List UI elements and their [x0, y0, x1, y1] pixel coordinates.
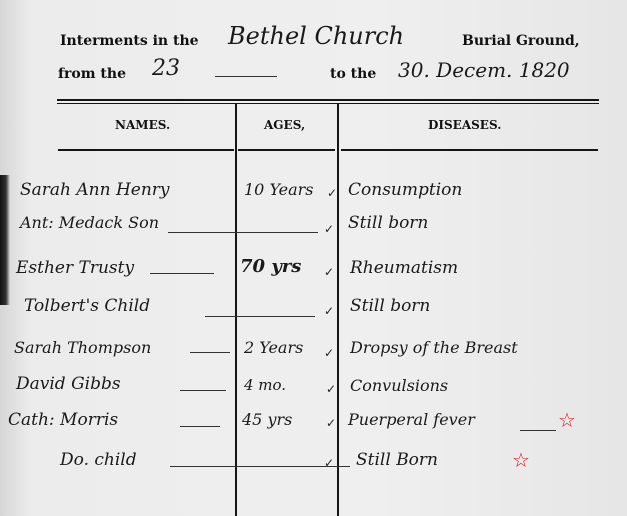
row-fill-line: [205, 316, 315, 317]
church-name: Bethel Church: [228, 22, 404, 50]
row-disease: Convulsions: [350, 376, 448, 395]
to-date: 30. Decem. 1820: [398, 58, 570, 82]
row-name: Do. child: [60, 450, 137, 470]
header-divider-ages: [238, 149, 335, 151]
row-fill-line: [150, 273, 214, 274]
row-disease: Still Born: [356, 450, 438, 470]
header-suffix: Burial Ground,: [462, 33, 580, 49]
check-mark-icon: ✓: [324, 304, 334, 318]
row-name: Sarah Ann Henry: [20, 180, 170, 200]
to-label: to the: [330, 66, 376, 82]
top-rule: [57, 99, 599, 101]
column-separator-1: [235, 104, 237, 516]
row-fill-line: [190, 352, 230, 353]
check-mark-icon: ✓: [327, 186, 337, 200]
row-fill-line: [170, 466, 350, 467]
check-mark-icon: ✓: [324, 346, 334, 360]
col-header-names: NAMES.: [115, 118, 170, 132]
row-disease: Puerperal fever: [348, 410, 475, 429]
page-binding-edge: [0, 175, 10, 305]
row-fill-line: [180, 426, 220, 427]
col-header-ages: AGES,: [264, 118, 305, 132]
row-name: Ant: Medack Son: [20, 213, 159, 232]
header-divider-names: [58, 149, 234, 151]
row-disease: Rheumatism: [350, 258, 458, 278]
row-name: Cath: Morris: [8, 410, 118, 430]
row-disease: Still born: [348, 213, 428, 233]
row-age: 4 mo.: [244, 376, 286, 394]
check-mark-icon: ✓: [326, 416, 336, 430]
row-age: 2 Years: [244, 338, 303, 357]
header-divider-diseases: [341, 149, 598, 151]
row-name: Tolbert's Child: [24, 296, 150, 316]
row-fill-line: [520, 430, 556, 431]
column-separator-2: [337, 104, 339, 516]
row-age: 45 yrs: [242, 410, 292, 429]
register-page: Interments in the Bethel Church Burial G…: [0, 0, 627, 516]
row-fill-line: [168, 232, 318, 233]
row-age: 10 Years: [244, 180, 313, 199]
star-icon: ☆: [512, 450, 530, 470]
check-mark-icon: ✓: [324, 265, 334, 279]
row-name: David Gibbs: [16, 374, 121, 394]
check-mark-icon: ✓: [324, 222, 334, 236]
col-header-diseases: DISEASES.: [428, 118, 501, 132]
row-fill-line: [180, 390, 226, 391]
check-mark-icon: ✓: [324, 456, 334, 470]
header-prefix: Interments in the: [60, 33, 199, 49]
row-name: Esther Trusty: [16, 258, 134, 278]
from-fill-line: [215, 76, 277, 77]
row-disease: Consumption: [348, 180, 462, 200]
row-name: Sarah Thompson: [14, 338, 151, 357]
from-label: from the: [58, 66, 126, 82]
from-date: 23: [152, 56, 180, 81]
row-disease: Still born: [350, 296, 430, 316]
top-rule-thin: [57, 103, 599, 104]
row-age: 70 yrs: [240, 256, 301, 277]
row-disease: Dropsy of the Breast: [350, 338, 518, 357]
check-mark-icon: ✓: [326, 382, 336, 396]
star-icon: ☆: [558, 410, 576, 430]
